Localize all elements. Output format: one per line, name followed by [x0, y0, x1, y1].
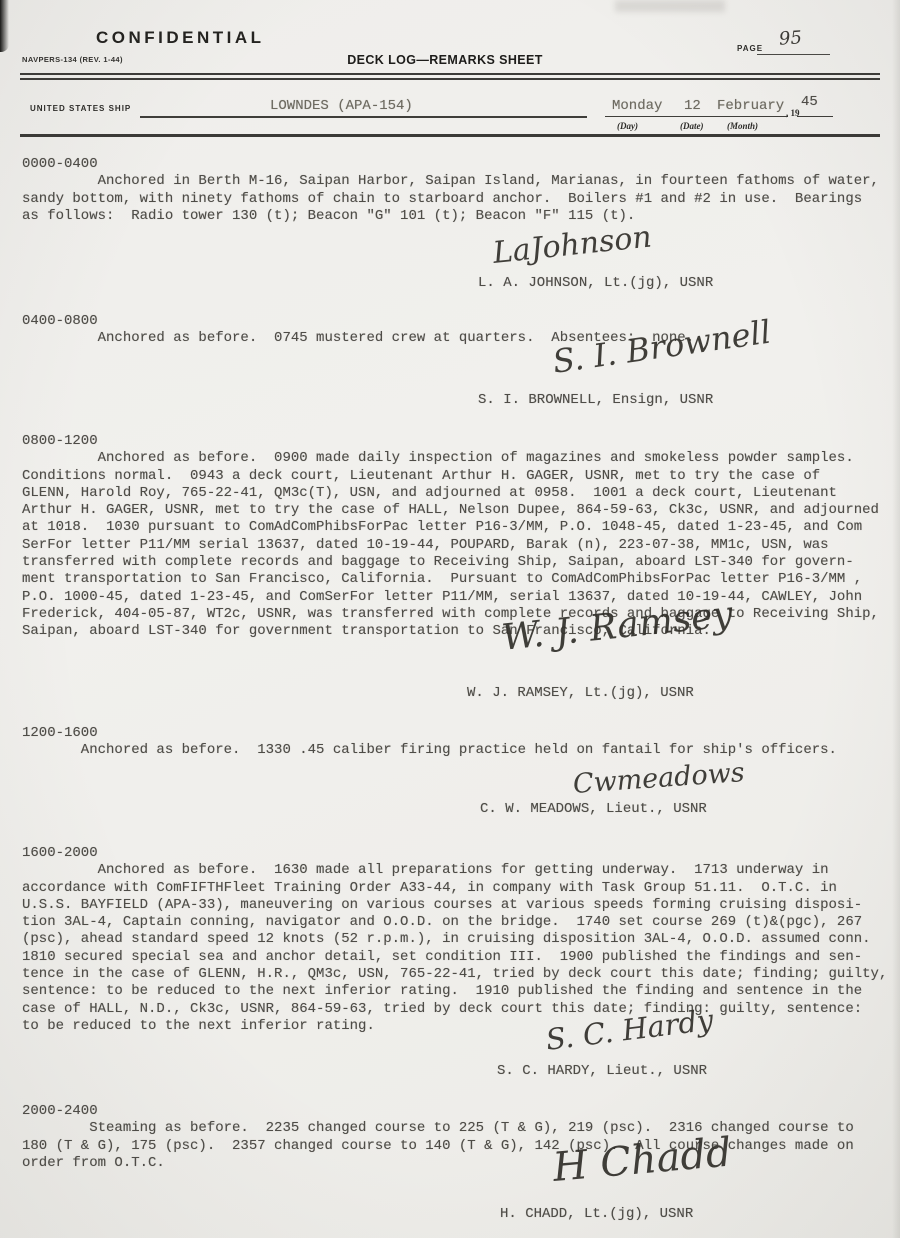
ship-name: LOWNDES (APA-154)	[270, 98, 413, 115]
watch-section-1600-2000: 1600-2000 Anchored as before. 1630 made …	[22, 845, 898, 1035]
signer-name-ramsey: W. J. RAMSEY, Lt.(jg), USNR	[467, 685, 694, 702]
signer-name-johnson: L. A. JOHNSON, Lt.(jg), USNR	[478, 275, 713, 292]
date-day: Monday	[612, 98, 662, 115]
watch-period: 0000-0400	[22, 156, 898, 173]
watch-remarks: Steaming as before. 2235 changed course …	[22, 1120, 898, 1172]
watch-remarks: Anchored in Berth M-16, Saipan Harbor, S…	[22, 173, 898, 225]
watch-remarks: Anchored as before. 1330 .45 caliber fir…	[22, 742, 898, 759]
signer-name-meadows: C. W. MEADOWS, Lieut., USNR	[480, 801, 707, 818]
year-value: 45	[801, 94, 818, 111]
signer-name-chadd: H. CHADD, Lt.(jg), USNR	[500, 1206, 693, 1223]
watch-remarks: Anchored as before. 1630 made all prepar…	[22, 862, 898, 1035]
watch-section-1200-1600: 1200-1600 Anchored as before. 1330 .45 c…	[22, 725, 898, 760]
signature-johnson: LaJohnson	[491, 219, 653, 270]
watch-section-0000-0400: 0000-0400 Anchored in Berth M-16, Saipan…	[22, 156, 898, 225]
page-number: 95	[778, 27, 802, 50]
signature-meadows: Cwmeadows	[572, 757, 746, 800]
watch-section-0400-0800: 0400-0800 Anchored as before. 0745 muste…	[22, 313, 898, 348]
month-field-label: (Month)	[727, 121, 758, 131]
ship-label: UNITED STATES SHIP	[30, 104, 131, 113]
watch-section-0800-1200: 0800-1200 Anchored as before. 0900 made …	[22, 433, 898, 641]
date-field-label: (Date)	[680, 121, 704, 131]
ship-name-underline	[140, 116, 587, 118]
watch-period: 0800-1200	[22, 433, 898, 450]
watch-remarks: Anchored as before. 0900 made daily insp…	[22, 450, 898, 640]
date-number: 12	[684, 98, 701, 115]
scan-corner-artifact	[0, 0, 9, 52]
watch-section-2000-2400: 2000-2400 Steaming as before. 2235 chang…	[22, 1103, 898, 1172]
watch-period: 1600-2000	[22, 845, 898, 862]
date-month: February	[717, 98, 784, 115]
day-field-label: (Day)	[617, 121, 638, 131]
page-title: DECK LOG—REMARKS SHEET	[0, 53, 890, 67]
header-double-rule	[20, 73, 880, 80]
header-heavy-rule	[20, 134, 880, 137]
signer-name-hardy: S. C. HARDY, Lieut., USNR	[497, 1063, 707, 1080]
watch-period: 1200-1600	[22, 725, 898, 742]
page-label: PAGE	[737, 44, 763, 53]
signer-name-brownell: S. I. BROWNELL, Ensign, USNR	[478, 392, 713, 409]
year-underline	[797, 116, 833, 117]
classification-stamp: CONFIDENTIAL	[96, 28, 265, 48]
date-underline	[605, 116, 788, 117]
scan-smudge	[615, 0, 725, 12]
watch-period: 2000-2400	[22, 1103, 898, 1120]
deck-log-remarks-sheet: CONFIDENTIAL PAGE 95 NAVPERS-134 (REV. 1…	[0, 0, 900, 1238]
